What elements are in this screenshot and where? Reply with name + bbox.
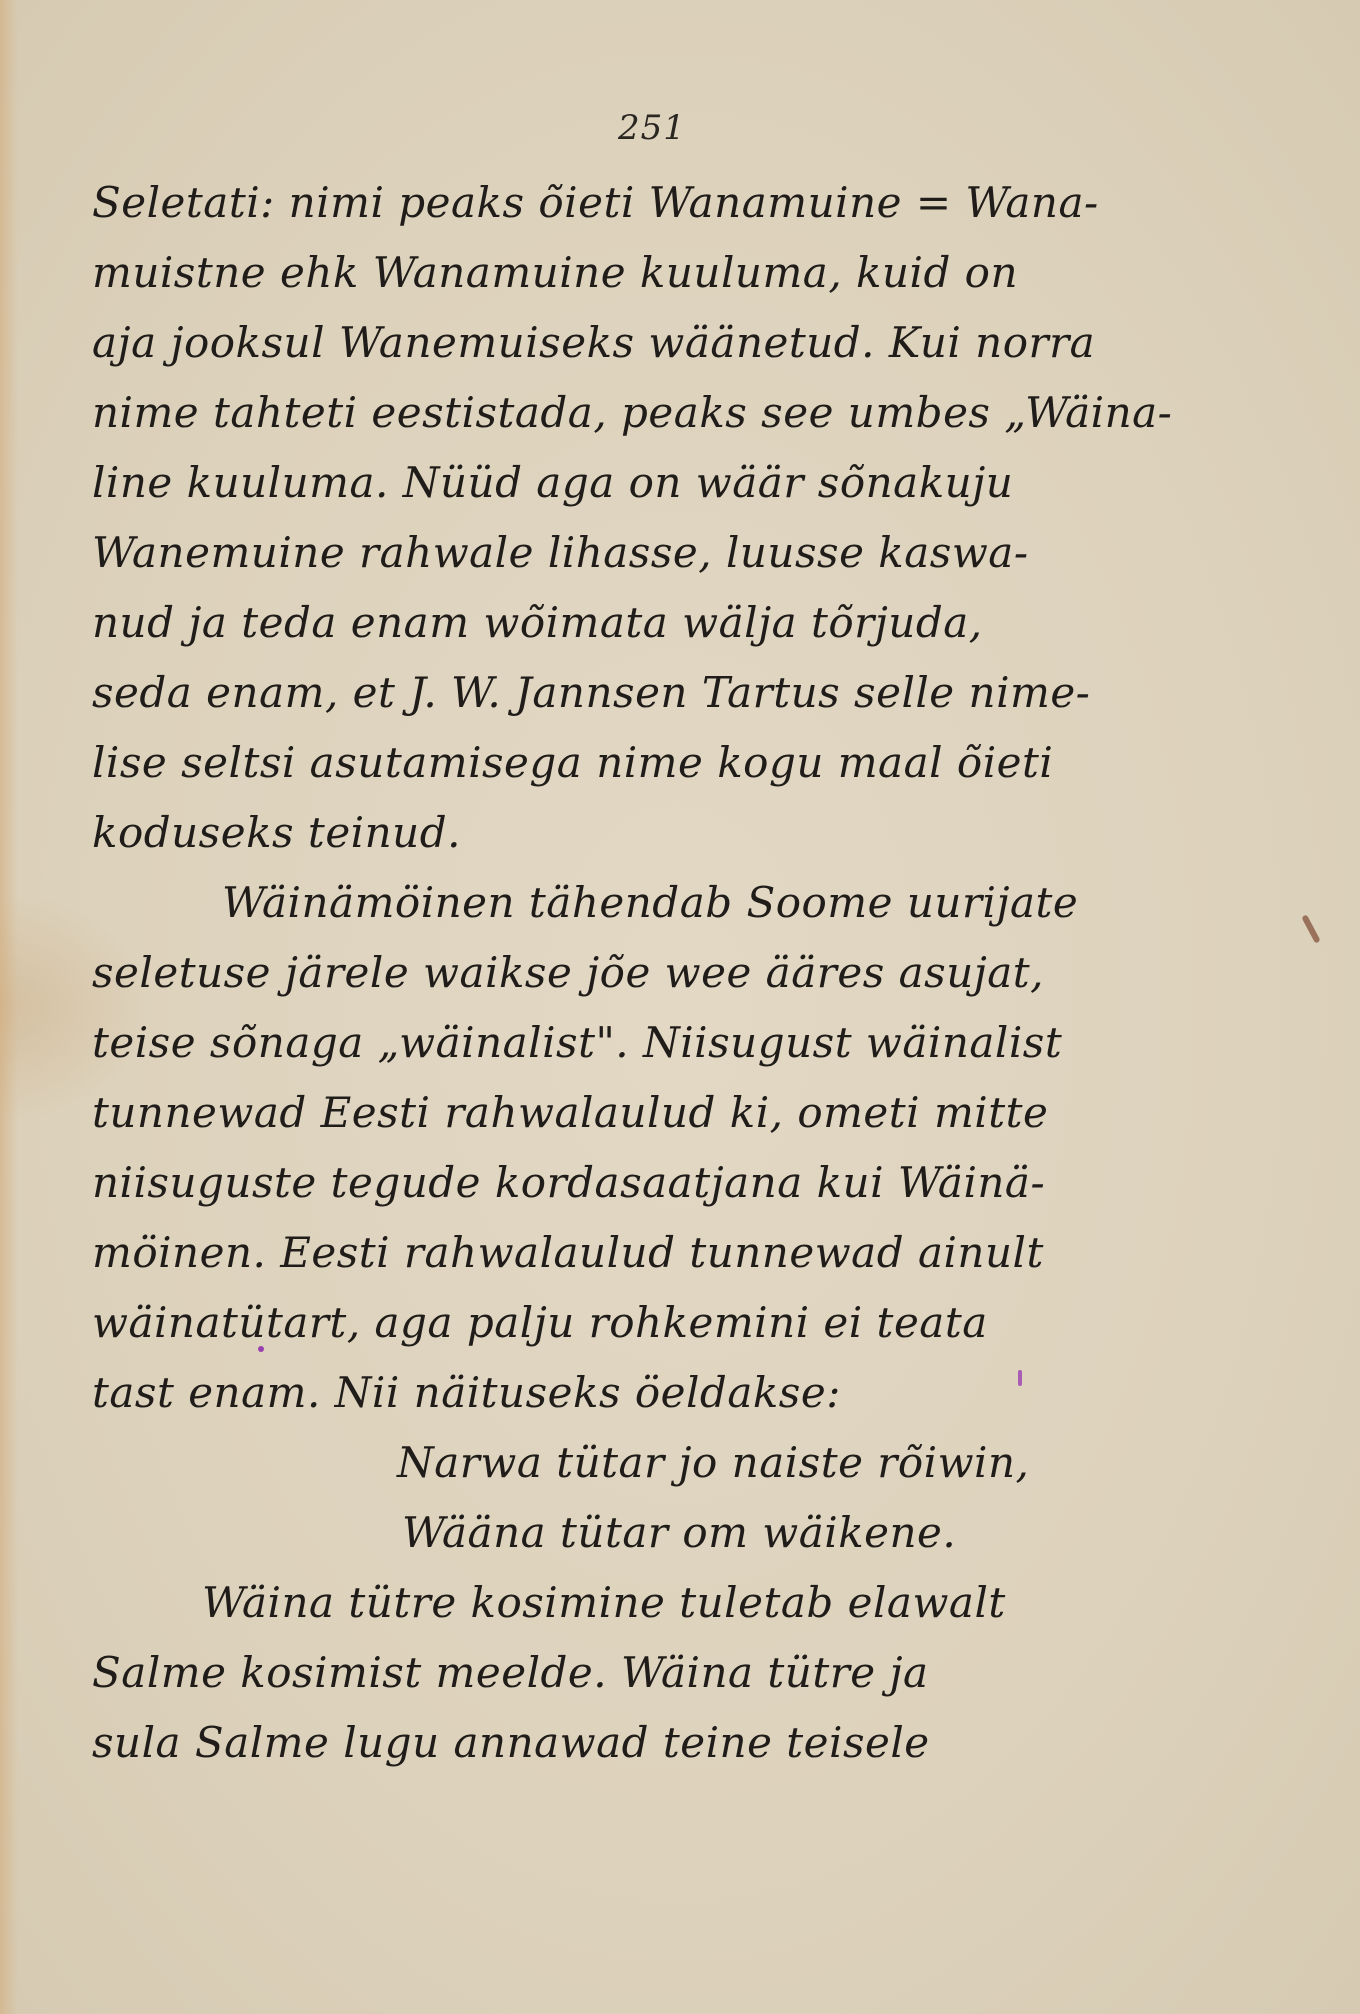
text-line: nime tahteti eestistada, peaks see umbes…	[92, 378, 1272, 448]
text-line: teise sõnaga „wäinalist". Niisugust wäin…	[92, 1008, 1272, 1078]
text-line: seletuse järele waikse jõe wee ääres asu…	[92, 938, 1272, 1008]
page-number: 251	[618, 108, 686, 148]
paragraph-start-line: Wäinämöinen tähendab Soome uurijate	[92, 868, 1272, 938]
manuscript-page: 251 Seletati: nimi peaks õieti Wanamuine…	[0, 0, 1360, 2014]
purple-ink-mark	[1018, 1370, 1022, 1386]
text-line: line kuuluma. Nüüd aga on wäär sõnakuju	[92, 448, 1272, 518]
text-line: lise seltsi asutamisega nime kogu maal õ…	[92, 728, 1272, 798]
ink-stroke-mark	[1301, 914, 1320, 943]
text-line: Wanemuine rahwale lihasse, luusse kaswa-	[92, 518, 1272, 588]
text-line: tast enam. Nii näituseks öeldakse:	[92, 1358, 1272, 1428]
text-line: möinen. Eesti rahwalaulud tunnewad ainul…	[92, 1218, 1272, 1288]
text-line: niisuguste tegude kordasaatjana kui Wäin…	[92, 1148, 1272, 1218]
text-line: seda enam, et J. W. Jannsen Tartus selle…	[92, 658, 1272, 728]
text-line: sula Salme lugu annawad teine teisele	[92, 1708, 1272, 1778]
verse-line: Wääna tütar om wäikene.	[92, 1498, 1272, 1568]
verse-line: Narwa tütar jo naiste rõiwin,	[92, 1428, 1272, 1498]
text-line: nud ja teda enam wõimata wälja tõrjuda,	[92, 588, 1272, 658]
text-line: aja jooksul Wanemuiseks wäänetud. Kui no…	[92, 308, 1272, 378]
text-line: tunnewad Eesti rahwalaulud ki, ometi mit…	[92, 1078, 1272, 1148]
page-edge-shading	[0, 0, 18, 2014]
text-line: Seletati: nimi peaks õieti Wanamuine = W…	[92, 168, 1272, 238]
paragraph-start-line: Wäina tütre kosimine tuletab elawalt	[92, 1568, 1272, 1638]
text-line: koduseks teinud.	[92, 798, 1272, 868]
text-line: muistne ehk Wanamuine kuuluma, kuid on	[92, 238, 1272, 308]
text-line: Salme kosimist meelde. Wäina tütre ja	[92, 1638, 1272, 1708]
text-line: wäinatütart, aga palju rohkemini ei teat…	[92, 1288, 1272, 1358]
handwritten-text: Seletati: nimi peaks õieti Wanamuine = W…	[92, 168, 1272, 1778]
purple-ink-dot	[258, 1346, 264, 1352]
